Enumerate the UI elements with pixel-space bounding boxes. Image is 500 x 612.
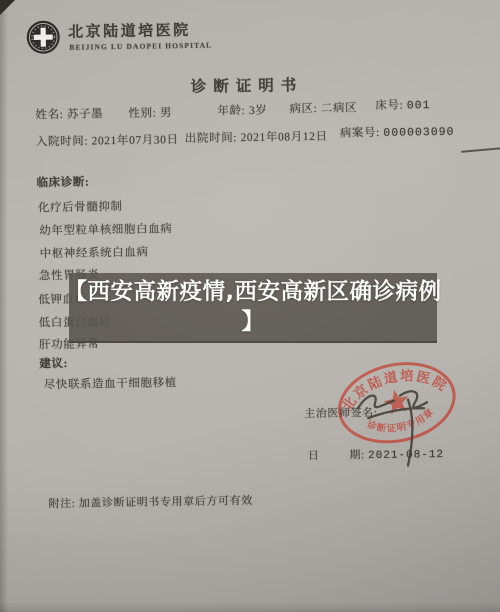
watermark-line2: 】 [241, 307, 264, 337]
date-row: 日期: 2021-08-12 [308, 445, 444, 463]
field-gender: 性别: 男 [128, 104, 172, 121]
field-ward: 病区: 二病区 [289, 99, 357, 116]
diagnosis-certificate-photo: 北京陆道培医院 BEIJING LU DAOPEI HOSPITAL 诊断证明书… [0, 0, 500, 612]
hospital-logo-icon [25, 19, 62, 56]
doctor-signature-label: 主治医师签名: [304, 404, 378, 421]
field-admission: 入院时间: 2021年07月30日 [36, 131, 179, 149]
footnote: 附注: 加盖诊断证明书专用章后方可有效 [48, 492, 252, 511]
field-record-number: 病案号: 000003090 [340, 123, 455, 141]
diagnosis-item: 化疗后骨髓抑制 [38, 198, 123, 215]
advice-text: 尽快联系造血干细胞移植 [44, 374, 177, 392]
diagnosis-item: 中枢神经系统白血病 [40, 244, 149, 262]
field-age: 年龄: 3岁 [217, 102, 267, 119]
hospital-name-en: BEIJING LU DAOPEI HOSPITAL [69, 41, 212, 52]
diagnosis-item: 幼年型粒单核细胞白血病 [39, 220, 172, 238]
watermark-banner: 【西安高新疫情,西安高新区确诊病例 】 [69, 273, 437, 343]
advice-label: 建议: [39, 355, 68, 371]
field-discharge: 出院时间: 2021年08月12日 [185, 128, 328, 146]
photo-bottom-edge-shade [0, 602, 500, 612]
clinical-diagnosis-label: 临床诊断: [36, 174, 89, 191]
field-name: 姓名: 苏子墨 [35, 105, 103, 122]
watermark-line1: 【西安高新疫情,西安高新区确诊病例 [64, 277, 441, 307]
hospital-name-cn: 北京陆道培医院 [68, 19, 191, 42]
photo-left-edge-shade [0, 0, 8, 612]
field-bed: 床号: 001 [375, 96, 430, 113]
